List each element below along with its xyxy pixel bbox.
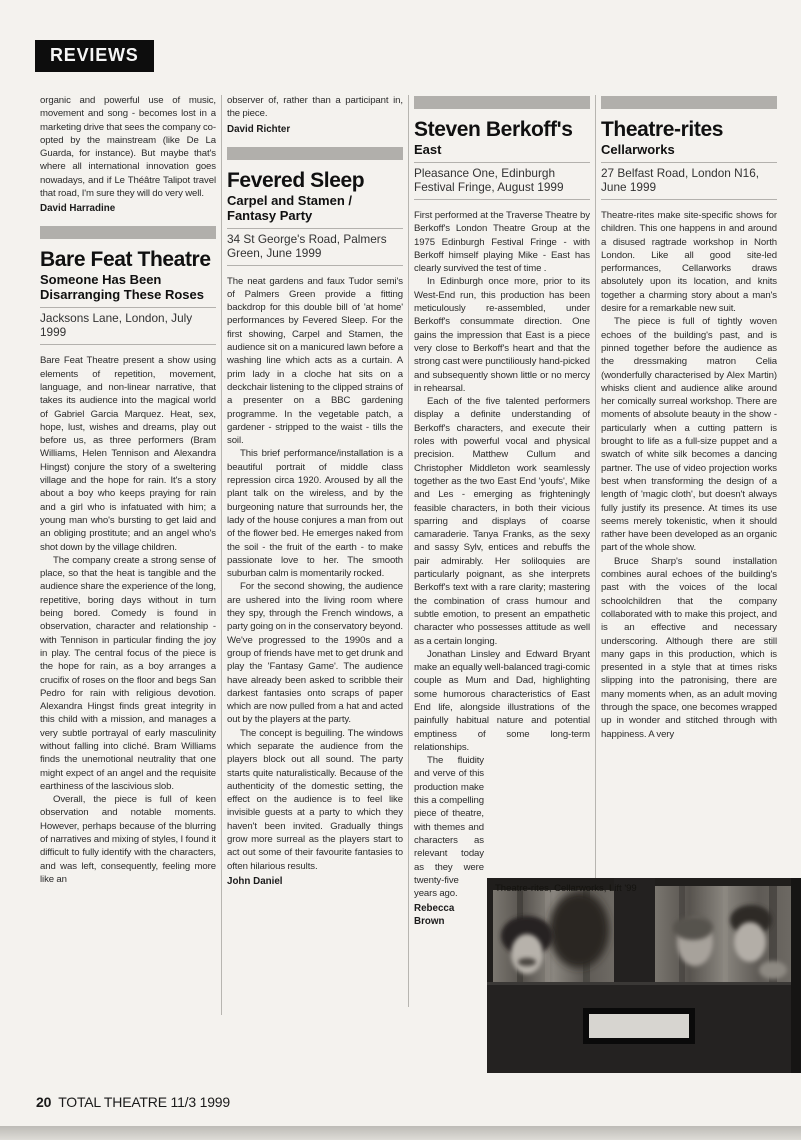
page-edge-shadow: [0, 1126, 801, 1140]
section-header-reviews: REVIEWS: [35, 40, 154, 72]
column-1: organic and powerful use of music, movem…: [40, 94, 216, 1086]
review-subtitle: East: [414, 142, 590, 157]
continuation-paragraph: organic and powerful use of music, movem…: [40, 94, 216, 200]
column-divider: [408, 95, 409, 1007]
column-2: observer of, rather than a participant i…: [227, 94, 403, 1086]
body-paragraph: Jonathan Linsley and Edward Bryant make …: [414, 648, 590, 754]
continuation-paragraph: observer of, rather than a participant i…: [227, 94, 403, 121]
body-paragraph: Bruce Sharp's sound installation combine…: [601, 555, 777, 741]
review-subtitle: Cellarworks: [601, 142, 777, 157]
venue-block: 34 St George's Road, Palmers Green, June…: [227, 228, 403, 266]
page-footer: 20TOTAL THEATRE 11/3 1999: [36, 1094, 230, 1110]
review-subtitle: Someone Has Been Disarranging These Rose…: [40, 272, 216, 302]
section-divider-bar: [40, 226, 216, 239]
review-title: Fevered Sleep: [227, 169, 403, 192]
venue-text: Jacksons Lane, London, July 1999: [40, 311, 216, 339]
venue-block: 27 Belfast Road, London N16, June 1999: [601, 162, 777, 200]
reviewer-byline: Rebecca Brown: [414, 902, 484, 928]
reviewer-byline: David Harradine: [40, 202, 216, 215]
page-number: 20: [36, 1094, 51, 1110]
venue-block: Pleasance One, Edinburgh Festival Fringe…: [414, 162, 590, 200]
body-paragraph: Bare Feat Theatre present a show using e…: [40, 354, 216, 553]
venue-text: 27 Belfast Road, London N16, June 1999: [601, 166, 777, 194]
venue-text: Pleasance One, Edinburgh Festival Fringe…: [414, 166, 590, 194]
text-wrap-beside-photo: The fluidity and verve of this productio…: [414, 754, 484, 928]
body-paragraph: Overall, the piece is full of keen obser…: [40, 793, 216, 886]
review-photo: Theatre-rites, Cellarworks, Lift '99: [487, 878, 801, 1073]
review-subtitle: Carpel and Stamen / Fantasy Party: [227, 193, 403, 223]
body-paragraph: The concept is beguiling. The windows wh…: [227, 727, 403, 873]
section-divider-bar: [227, 147, 403, 160]
magazine-title: TOTAL THEATRE 11/3 1999: [58, 1094, 230, 1110]
review-title: Theatre-rites: [601, 118, 777, 141]
body-paragraph: The fluidity and verve of this productio…: [414, 754, 484, 900]
body-paragraph: This brief performance/installation is a…: [227, 447, 403, 580]
reviewer-byline: David Richter: [227, 123, 403, 136]
body-paragraph: The company create a strong sense of pla…: [40, 554, 216, 793]
review-title: Steven Berkoff's: [414, 118, 590, 141]
review-title: Bare Feat Theatre: [40, 248, 216, 271]
body-paragraph: For the second showing, the audience are…: [227, 580, 403, 726]
section-divider-bar: [601, 96, 777, 109]
column-divider: [595, 95, 596, 878]
reviewer-byline: John Daniel: [227, 875, 403, 888]
venue-block: Jacksons Lane, London, July 1999: [40, 307, 216, 345]
photo-caption: Theatre-rites, Cellarworks, Lift '99: [495, 883, 637, 894]
body-paragraph: Each of the five talented performers dis…: [414, 395, 590, 648]
column-divider: [221, 95, 222, 1015]
body-paragraph: First performed at the Traverse Theatre …: [414, 209, 590, 275]
venue-text: 34 St George's Road, Palmers Green, June…: [227, 232, 403, 260]
body-paragraph: The piece is full of tightly woven echoe…: [601, 315, 777, 554]
magazine-page: REVIEWS organic and powerful use of musi…: [0, 0, 801, 1140]
photo-illustration: Theatre-rites, Cellarworks, Lift '99: [487, 878, 801, 1073]
body-paragraph: The neat gardens and faux Tudor semi's o…: [227, 275, 403, 448]
body-paragraph: Theatre-rites make site-specific shows f…: [601, 209, 777, 315]
section-divider-bar: [414, 96, 590, 109]
body-paragraph: In Edinburgh once more, prior to its Wes…: [414, 275, 590, 395]
